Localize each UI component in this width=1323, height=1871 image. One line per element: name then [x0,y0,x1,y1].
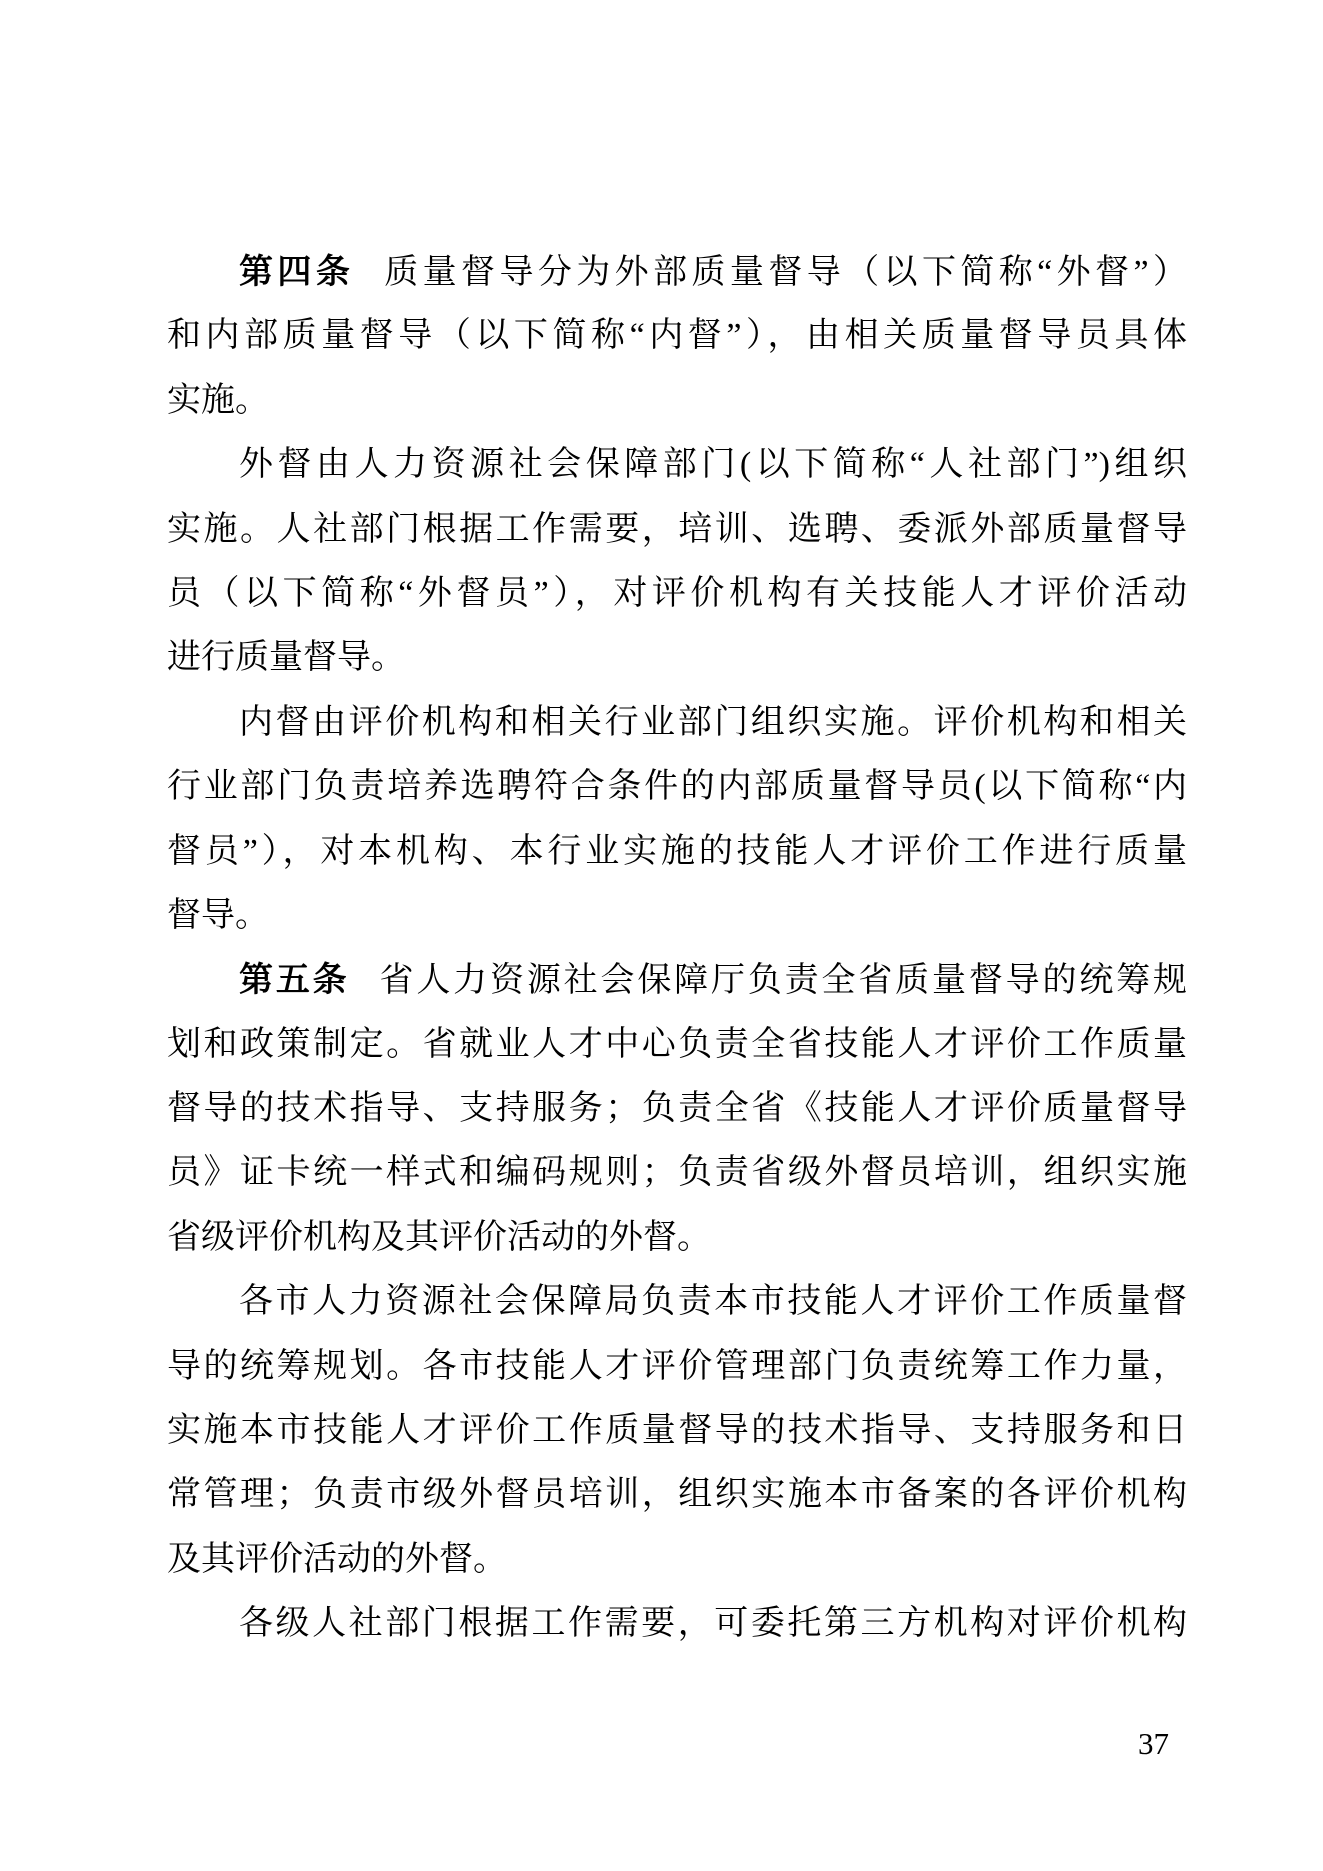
paragraph-internal-supervision: 内督由评价机构和相关行业部门组织实施。评价机构和相关 行业部门负责培养选聘符合条… [167,691,1187,949]
text-line: 外督由人力资源社会保障部门(以下简称“人社部门”)组织 [167,433,1187,497]
text-line: 划和政策制定。省就业人才中心负责全省技能人才评价工作质量 [167,1013,1187,1077]
text-line: 员（以下简称“外督员”），对评价机构有关技能人才评价活动 [167,562,1187,626]
paragraph-article-4: 第四条质量督导分为外部质量督导（以下简称“外督”） 和内部质量督导（以下简称“内… [167,240,1187,433]
paragraph-third-party: 各级人社部门根据工作需要，可委托第三方机构对评价机构 [167,1592,1187,1656]
text-line: 第五条省人力资源社会保障厅负责全省质量督导的统筹规 [167,948,1187,1012]
text-line: 督导的技术指导、支持服务；负责全省《技能人才评价质量督导 [167,1077,1187,1141]
article-5-heading: 第五条 [239,961,350,999]
text-line: 各市人力资源社会保障局负责本市技能人才评价工作质量督 [167,1270,1187,1334]
article-4-heading: 第四条 [239,253,354,291]
text-run: 省人力资源社会保障厅负责全省质量督导的统筹规 [380,962,1188,999]
text-line: 员》证卡统一样式和编码规则；负责省级外督员培训，组织实施 [167,1141,1187,1205]
document-body: 第四条质量督导分为外部质量督导（以下简称“外督”） 和内部质量督导（以下简称“内… [167,240,1187,1657]
text-line: 省级评价机构及其评价活动的外督。 [167,1206,1187,1270]
text-line: 及其评价活动的外督。 [167,1528,1187,1592]
text-line: 内督由评价机构和相关行业部门组织实施。评价机构和相关 [167,691,1187,755]
text-line: 实施本市技能人才评价工作质量督导的技术指导、支持服务和日 [167,1399,1187,1463]
text-line: 和内部质量督导（以下简称“内督”），由相关质量督导员具体 [167,304,1187,368]
text-line: 各级人社部门根据工作需要，可委托第三方机构对评价机构 [167,1592,1187,1656]
text-line: 第四条质量督导分为外部质量督导（以下简称“外督”） [167,240,1187,304]
text-line: 常管理；负责市级外督员培训，组织实施本市备案的各评价机构 [167,1463,1187,1527]
text-line: 督员”），对本机构、本行业实施的技能人才评价工作进行质量 [167,820,1187,884]
text-line: 进行质量督导。 [167,626,1187,690]
text-line: 实施。 [167,369,1187,433]
text-line: 督导。 [167,884,1187,948]
paragraph-city-bureaus: 各市人力资源社会保障局负责本市技能人才评价工作质量督 导的统筹规划。各市技能人才… [167,1270,1187,1592]
text-line: 导的统筹规划。各市技能人才评价管理部门负责统筹工作力量， [167,1335,1187,1399]
text-line: 行业部门负责培养选聘符合条件的内部质量督导员(以下简称“内 [167,755,1187,819]
text-run: 质量督导分为外部质量督导（以下简称“外督”） [384,254,1187,291]
page-number: 37 [1138,1724,1169,1764]
paragraph-external-supervision: 外督由人力资源社会保障部门(以下简称“人社部门”)组织 实施。人社部门根据工作需… [167,433,1187,691]
text-line: 实施。人社部门根据工作需要，培训、选聘、委派外部质量督导 [167,498,1187,562]
paragraph-article-5: 第五条省人力资源社会保障厅负责全省质量督导的统筹规 划和政策制定。省就业人才中心… [167,948,1187,1270]
